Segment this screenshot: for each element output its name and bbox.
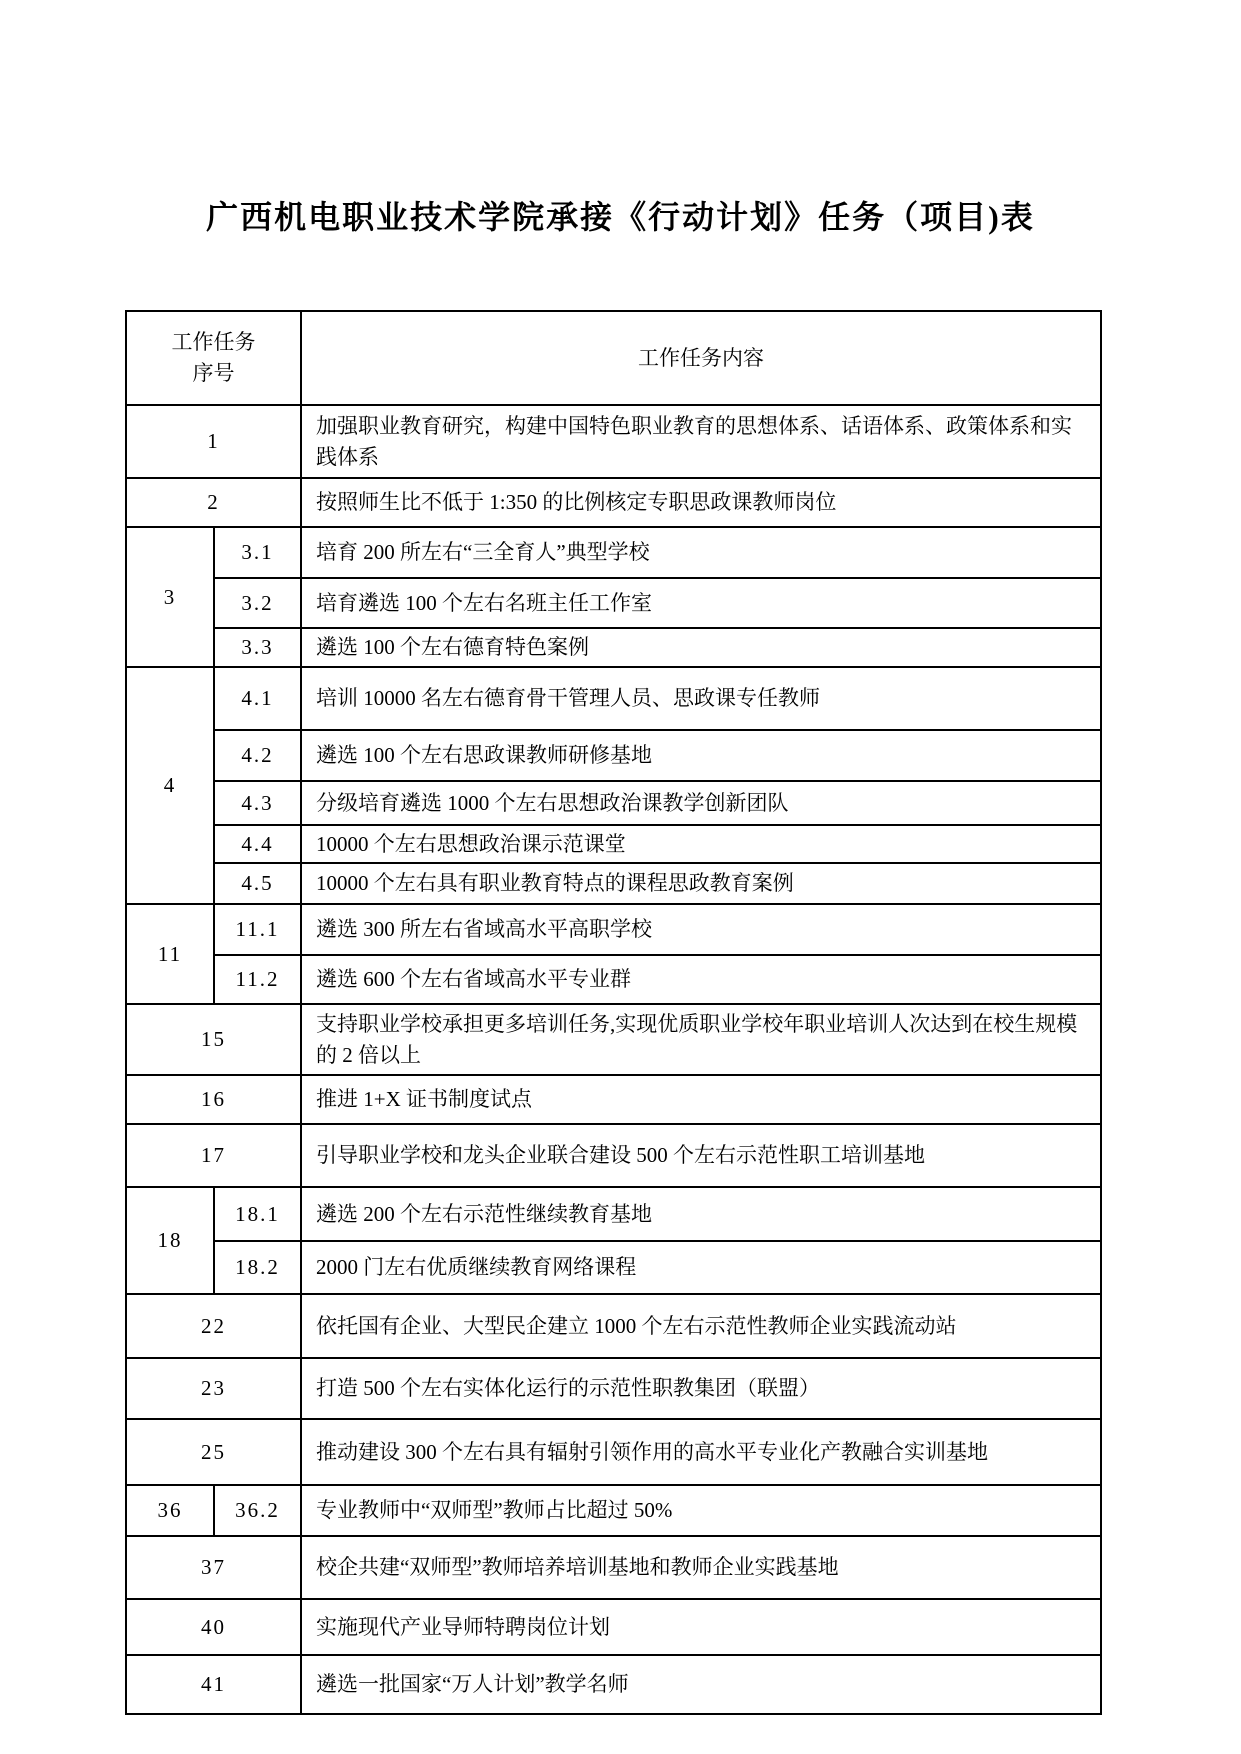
task-row: 4.3分级培育遴选 1000 个左右思想政治课教学创新团队 <box>126 781 1101 825</box>
task-row: 23打造 500 个左右实体化运行的示范性职教集团（联盟） <box>126 1358 1101 1419</box>
task-row: 1818.1遴选 200 个左右示范性继续教育基地 <box>126 1187 1101 1241</box>
task-row: 33.1培育 200 所左右“三全育人”典型学校 <box>126 527 1101 578</box>
task-row: 40实施现代产业导师特聘岗位计划 <box>126 1599 1101 1655</box>
task-content-cell: 推进 1+X 证书制度试点 <box>301 1075 1101 1124</box>
task-row: 22依托国有企业、大型民企建立 1000 个左右示范性教师企业实践流动站 <box>126 1294 1101 1358</box>
task-subno-cell: 18.1 <box>214 1187 301 1241</box>
task-no-cell: 22 <box>126 1294 301 1358</box>
task-content-cell: 加强职业教育研究，构建中国特色职业教育的思想体系、话语体系、政策体系和实践体系 <box>301 405 1101 478</box>
task-no-cell: 11 <box>126 904 214 1004</box>
task-no-cell: 1 <box>126 405 301 478</box>
task-content-cell: 按照师生比不低于 1:350 的比例核定专职思政课教师岗位 <box>301 478 1101 527</box>
task-row: 2按照师生比不低于 1:350 的比例核定专职思政课教师岗位 <box>126 478 1101 527</box>
task-subno-cell: 4.2 <box>214 730 301 781</box>
task-subno-cell: 3.1 <box>214 527 301 578</box>
task-content-cell: 遴选 100 个左右思政课教师研修基地 <box>301 730 1101 781</box>
header-task-content: 工作任务内容 <box>301 311 1101 405</box>
task-subno-cell: 4.3 <box>214 781 301 825</box>
task-row: 15支持职业学校承担更多培训任务,实现优质职业学校年职业培训人次达到在校生规模的… <box>126 1004 1101 1075</box>
task-no-cell: 3 <box>126 527 214 667</box>
task-no-cell: 40 <box>126 1599 301 1655</box>
task-row: 25推动建设 300 个左右具有辐射引领作用的高水平专业化产教融合实训基地 <box>126 1419 1101 1485</box>
task-content-cell: 遴选 100 个左右德育特色案例 <box>301 628 1101 667</box>
task-subno-cell: 36.2 <box>214 1485 301 1536</box>
task-row: 18.22000 门左右优质继续教育网络课程 <box>126 1241 1101 1294</box>
task-table-body: 1加强职业教育研究，构建中国特色职业教育的思想体系、话语体系、政策体系和实践体系… <box>126 405 1101 1714</box>
table-header-row: 工作任务 序号 工作任务内容 <box>126 311 1101 405</box>
task-content-cell: 实施现代产业导师特聘岗位计划 <box>301 1599 1101 1655</box>
task-subno-cell: 11.2 <box>214 955 301 1004</box>
task-row: 41遴选一批国家“万人计划”教学名师 <box>126 1655 1101 1714</box>
task-content-cell: 10000 个左右思想政治课示范课堂 <box>301 825 1101 863</box>
task-row: 4.410000 个左右思想政治课示范课堂 <box>126 825 1101 863</box>
task-subno-cell: 3.2 <box>214 578 301 628</box>
task-subno-cell: 18.2 <box>214 1241 301 1294</box>
task-row: 37校企共建“双师型”教师培养培训基地和教师企业实践基地 <box>126 1536 1101 1599</box>
task-no-cell: 15 <box>126 1004 301 1075</box>
task-no-cell: 18 <box>126 1187 214 1294</box>
task-content-cell: 打造 500 个左右实体化运行的示范性职教集团（联盟） <box>301 1358 1101 1419</box>
task-no-cell: 25 <box>126 1419 301 1485</box>
task-subno-cell: 4.4 <box>214 825 301 863</box>
task-no-cell: 23 <box>126 1358 301 1419</box>
task-row: 1加强职业教育研究，构建中国特色职业教育的思想体系、话语体系、政策体系和实践体系 <box>126 405 1101 478</box>
task-content-cell: 分级培育遴选 1000 个左右思想政治课教学创新团队 <box>301 781 1101 825</box>
task-no-cell: 36 <box>126 1485 214 1536</box>
task-content-cell: 支持职业学校承担更多培训任务,实现优质职业学校年职业培训人次达到在校生规模的 2… <box>301 1004 1101 1075</box>
header-task-no: 工作任务 序号 <box>126 311 301 405</box>
task-content-cell: 推动建设 300 个左右具有辐射引领作用的高水平专业化产教融合实训基地 <box>301 1419 1101 1485</box>
task-content-cell: 培育遴选 100 个左右名班主任工作室 <box>301 578 1101 628</box>
task-subno-cell: 3.3 <box>214 628 301 667</box>
task-content-cell: 遴选一批国家“万人计划”教学名师 <box>301 1655 1101 1714</box>
task-content-cell: 遴选 200 个左右示范性继续教育基地 <box>301 1187 1101 1241</box>
task-subno-cell: 4.1 <box>214 667 301 730</box>
task-row: 3.3遴选 100 个左右德育特色案例 <box>126 628 1101 667</box>
task-table: 工作任务 序号 工作任务内容 1加强职业教育研究，构建中国特色职业教育的思想体系… <box>125 310 1102 1715</box>
task-content-cell: 培育 200 所左右“三全育人”典型学校 <box>301 527 1101 578</box>
task-content-cell: 2000 门左右优质继续教育网络课程 <box>301 1241 1101 1294</box>
task-content-cell: 遴选 600 个左右省域高水平专业群 <box>301 955 1101 1004</box>
task-no-cell: 4 <box>126 667 214 904</box>
task-row: 11.2遴选 600 个左右省域高水平专业群 <box>126 955 1101 1004</box>
task-no-cell: 16 <box>126 1075 301 1124</box>
task-no-cell: 37 <box>126 1536 301 1599</box>
task-no-cell: 41 <box>126 1655 301 1714</box>
task-row: 44.1培训 10000 名左右德育骨干管理人员、思政课专任教师 <box>126 667 1101 730</box>
task-row: 4.2遴选 100 个左右思政课教师研修基地 <box>126 730 1101 781</box>
task-row: 3636.2专业教师中“双师型”教师占比超过 50% <box>126 1485 1101 1536</box>
task-content-cell: 依托国有企业、大型民企建立 1000 个左右示范性教师企业实践流动站 <box>301 1294 1101 1358</box>
task-content-cell: 10000 个左右具有职业教育特点的课程思政教育案例 <box>301 863 1101 904</box>
task-row: 16推进 1+X 证书制度试点 <box>126 1075 1101 1124</box>
task-row: 17引导职业学校和龙头企业联合建设 500 个左右示范性职工培训基地 <box>126 1124 1101 1187</box>
task-content-cell: 引导职业学校和龙头企业联合建设 500 个左右示范性职工培训基地 <box>301 1124 1101 1187</box>
task-subno-cell: 11.1 <box>214 904 301 955</box>
task-row: 4.510000 个左右具有职业教育特点的课程思政教育案例 <box>126 863 1101 904</box>
task-row: 3.2培育遴选 100 个左右名班主任工作室 <box>126 578 1101 628</box>
task-row: 1111.1遴选 300 所左右省域高水平高职学校 <box>126 904 1101 955</box>
document-title: 广西机电职业技术学院承接《行动计划》任务（项目)表 <box>0 192 1241 238</box>
task-no-cell: 17 <box>126 1124 301 1187</box>
task-content-cell: 培训 10000 名左右德育骨干管理人员、思政课专任教师 <box>301 667 1101 730</box>
task-no-cell: 2 <box>126 478 301 527</box>
task-content-cell: 遴选 300 所左右省域高水平高职学校 <box>301 904 1101 955</box>
task-content-cell: 专业教师中“双师型”教师占比超过 50% <box>301 1485 1101 1536</box>
document-page: 广西机电职业技术学院承接《行动计划》任务（项目)表 工作任务 序号 工作任务内容… <box>0 0 1241 1754</box>
task-subno-cell: 4.5 <box>214 863 301 904</box>
task-content-cell: 校企共建“双师型”教师培养培训基地和教师企业实践基地 <box>301 1536 1101 1599</box>
